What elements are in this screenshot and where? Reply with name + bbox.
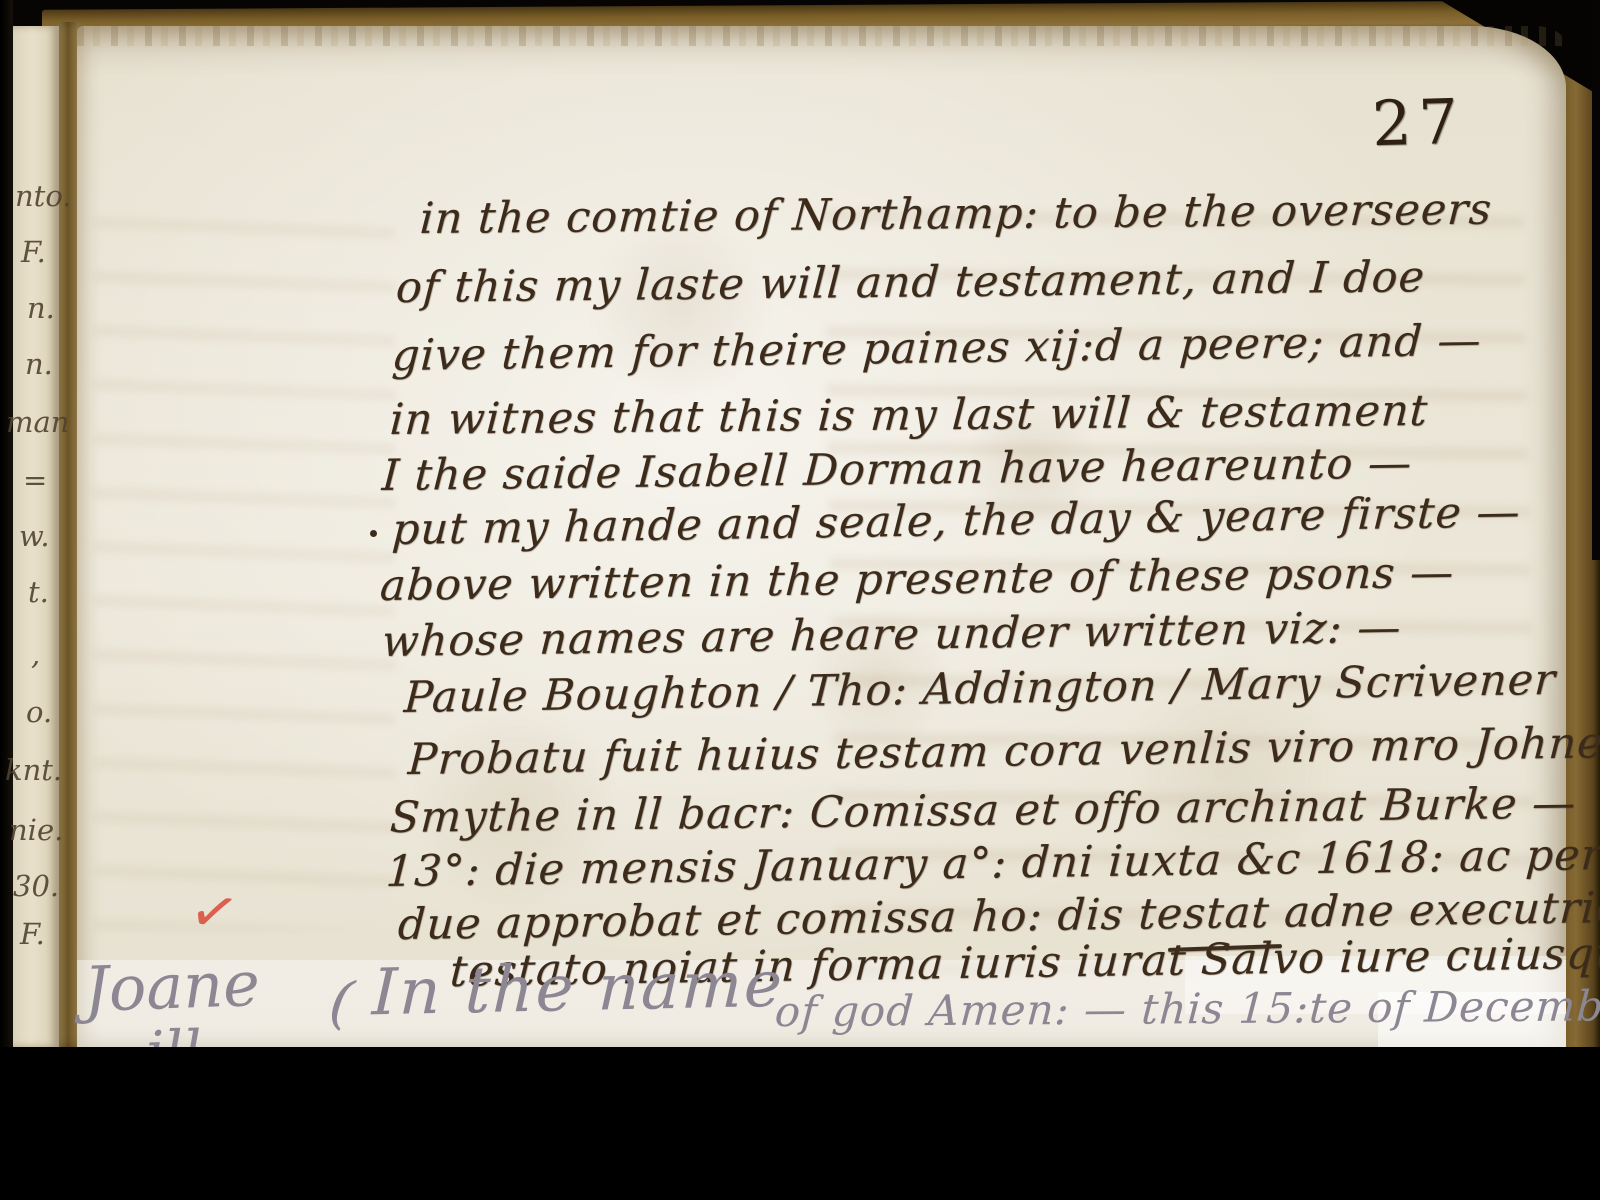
manuscript-line: of this my laste will and testament, and…: [395, 256, 1427, 310]
margin-fragment: ,: [31, 640, 40, 669]
marginal-name-joane: Joane: [83, 947, 261, 1026]
photo-right-shadow: [1592, 0, 1600, 560]
margin-fragment: man: [6, 408, 69, 437]
margin-fragment: =: [23, 466, 47, 495]
next-will-opening: In the name: [371, 948, 785, 1031]
manuscript-photo: nto. F. n. n. man = w. t. , o. knt. nie.…: [0, 0, 1600, 1047]
margin-fragment: n.: [27, 294, 55, 323]
next-will-continuation: of god Amen: — this 15:te of Decembr —: [773, 981, 1600, 1036]
margin-fragment: F.: [20, 920, 45, 949]
margin-fragment: o.: [26, 698, 52, 727]
marginal-name-partial: ill: [145, 1018, 202, 1047]
manuscript-line: above written in the presente of these p…: [379, 552, 1456, 608]
margin-fragment: knt.: [5, 756, 62, 785]
manuscript-line: in the comtie of Northamp: to be the ove…: [419, 189, 1494, 241]
margin-fragment: nie.: [9, 816, 63, 845]
deckled-top-edge: [77, 26, 1566, 46]
margin-fragment: 30.: [13, 872, 59, 901]
ink-dot: [370, 530, 377, 537]
photo-left-shadow: [0, 0, 13, 1047]
margin-fragment: nto.: [15, 182, 72, 211]
margin-fragment: F.: [21, 238, 46, 267]
margin-fragment: n.: [25, 350, 53, 379]
margin-fragment: w.: [19, 522, 50, 551]
manuscript-line: I the saide Isabell Dorman have heareunt…: [381, 442, 1414, 498]
book-gutter: [59, 22, 79, 1047]
manuscript-line: in witnes that this is my last will & te…: [389, 390, 1430, 442]
margin-fragment: t.: [28, 578, 49, 607]
folio-number: 27: [1371, 85, 1466, 160]
